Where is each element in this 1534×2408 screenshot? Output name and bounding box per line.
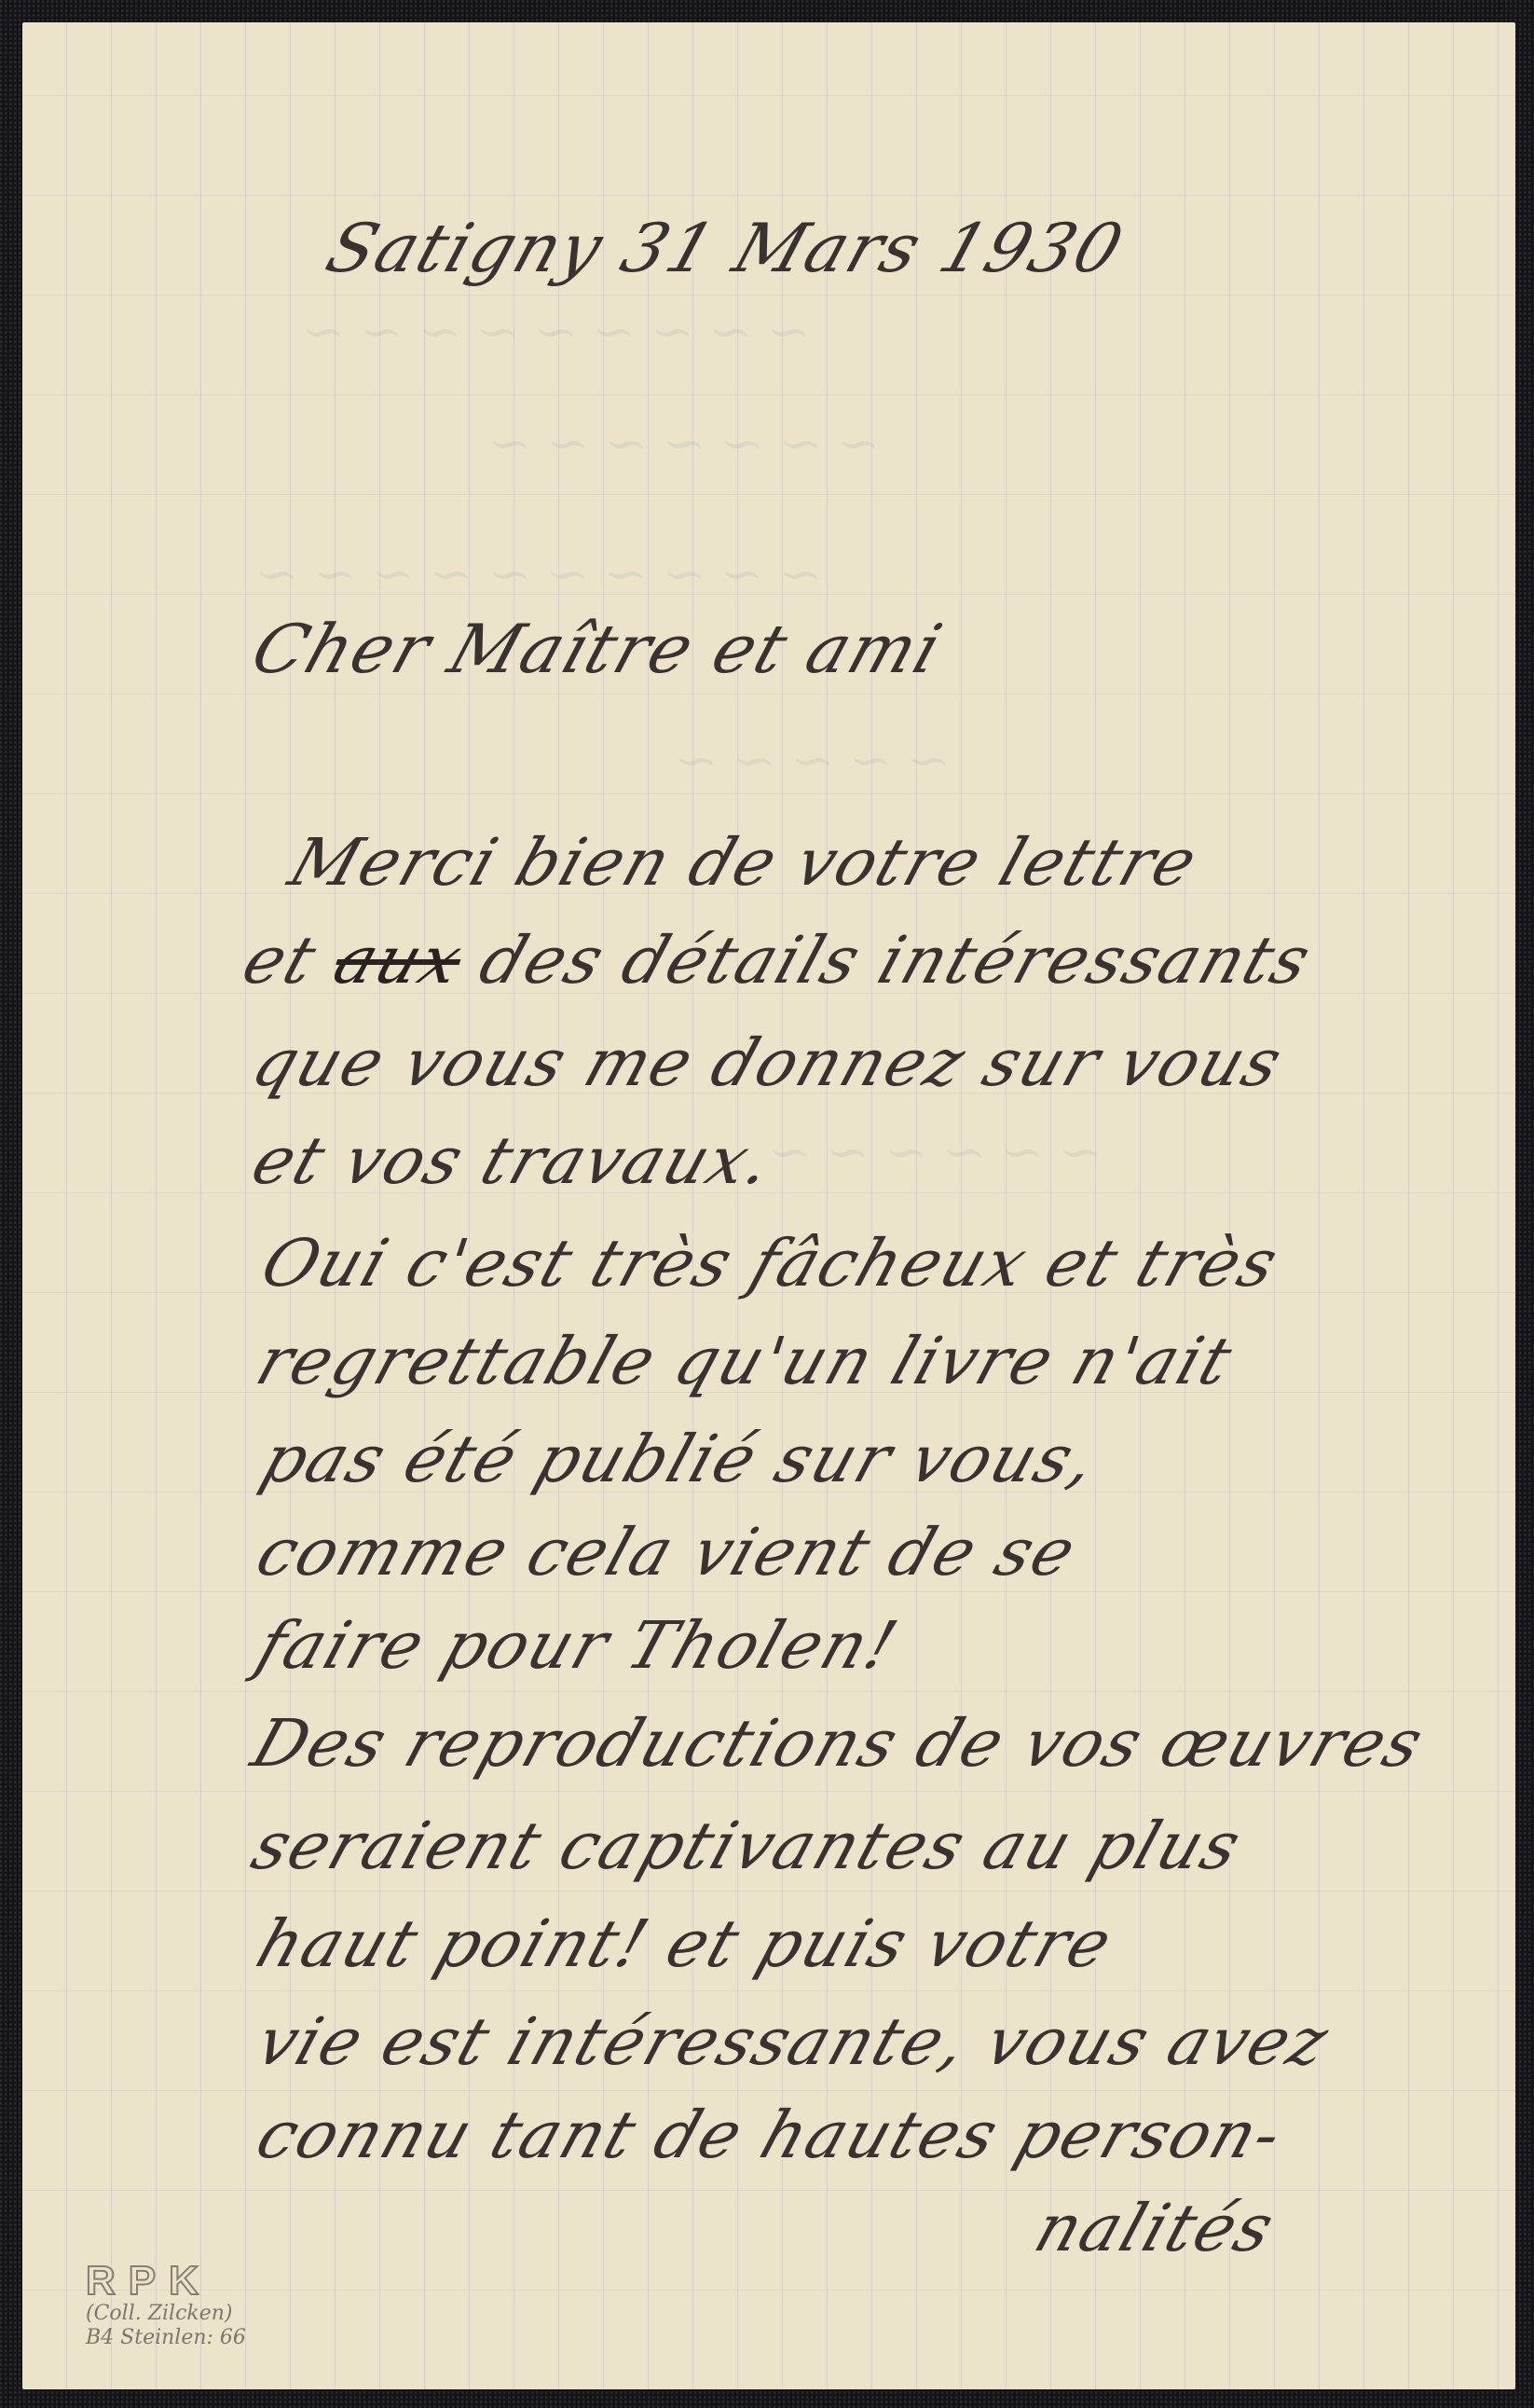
letter-line: nalités [1026, 2190, 1285, 2266]
letter-line: comme cela vient de se [248, 1514, 1087, 1590]
letter-line: seraient captivantes au plus [243, 1808, 1252, 1884]
letter-line: que vous me donnez sur vous [243, 1025, 1293, 1101]
letter-line: Oui c'est très fâcheux et très [253, 1225, 1289, 1301]
letter-line: Des reproductions de vos œuvres [243, 1705, 1434, 1782]
letter-line: faire pour Tholen! [248, 1607, 909, 1684]
letter-sheet: ~ ~ ~ ~ ~ ~ ~ ~ ~ ~ ~ ~ ~ ~ ~ ~ ~ ~ ~ ~ … [22, 22, 1515, 2389]
letter-line: pas été publié sur vous, [253, 1421, 1107, 1497]
rpk-stamp: RPK [86, 2261, 246, 2302]
letter-line: haut point! et puis votre [248, 1906, 1123, 1982]
date-line: Satigny 31 Mars 1930 [317, 209, 1133, 287]
letter-line: connu tant de hautes person- [248, 2097, 1293, 2173]
letter-line: vie est intéressante, vous avez [248, 2003, 1339, 2080]
pencil-note-collection: (Coll. Zilcken) [86, 2302, 246, 2326]
letter-line-text: des détails intéressants [448, 922, 1322, 998]
letter-line: et aux des détails intéressants [234, 922, 1322, 998]
archive-stamp: RPK (Coll. Zilcken) B4 Steinlen: 66 [86, 2261, 246, 2350]
salutation: Cher Maître et ami [242, 610, 952, 688]
pencil-note-shelfmark: B4 Steinlen: 66 [86, 2326, 246, 2350]
letter-line: regrettable qu'un livre n'ait [248, 1323, 1243, 1399]
letter-line: et vos travaux. [243, 1122, 784, 1199]
letter-line: Merci bien de votre lettre [281, 824, 1208, 901]
